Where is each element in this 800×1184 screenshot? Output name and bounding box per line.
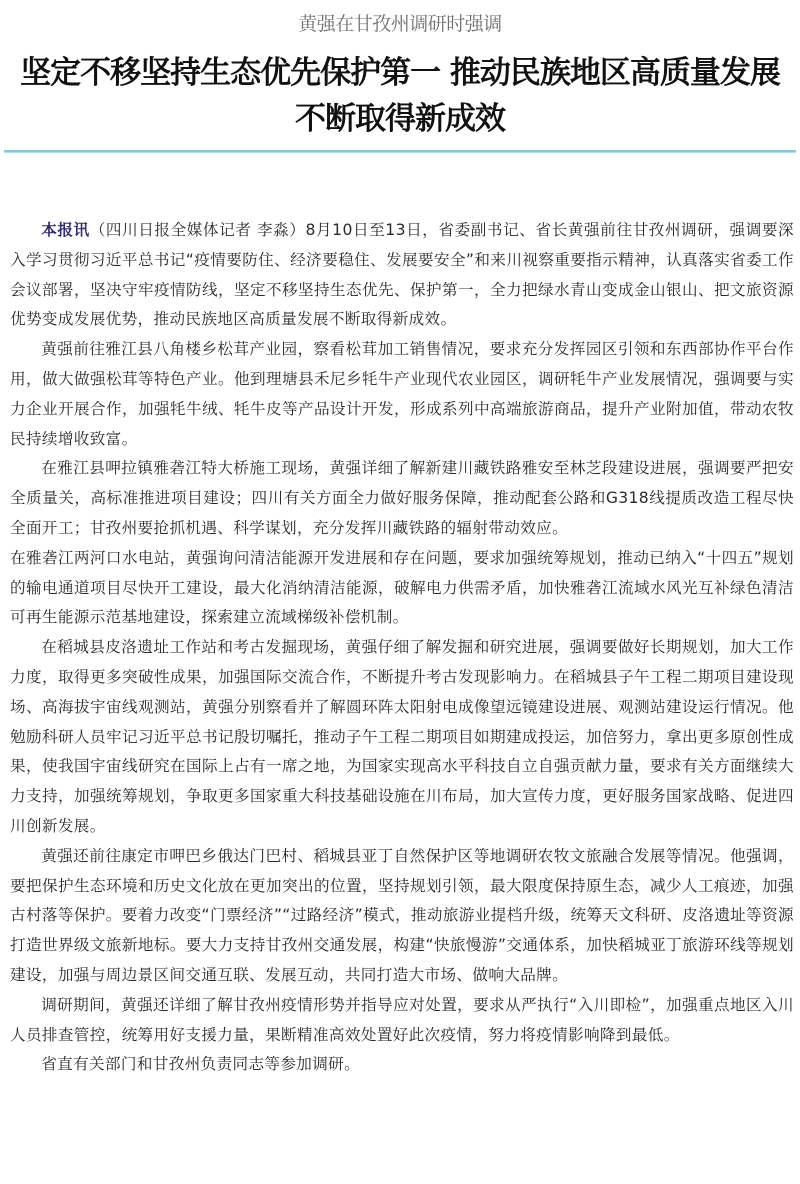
paragraph-8: 省直有关部门和甘孜州负责同志等参加调研。 — [10, 1050, 794, 1080]
paragraph-5: 在稻城县皮洛遗址工作站和考古发掘现场，黄强仔细了解发掘和研究进展，强调要做好长期… — [10, 633, 794, 842]
paragraph-3: 在雅江县呷拉镇雅砻江特大桥施工现场，黄强详细了解新建川藏铁路雅安至林芝段建设进展… — [10, 454, 794, 543]
paragraph-1: 本报讯（四川日报全媒体记者 李淼）8月10日至13日，省委副书记、省长黄强前往甘… — [10, 216, 794, 335]
paragraph-2: 黄强前往雅江县八角楼乡松茸产业园，察看松茸加工销售情况，要求充分发挥园区引领和东… — [10, 335, 794, 454]
paragraph-4: 在雅砻江两河口水电站，黄强询问清洁能源开发进展和存在问题，要求加强统筹规划，推动… — [10, 544, 794, 633]
headline-line-1: 坚定不移坚持生态优先保护第一 推动民族地区高质量发展 — [0, 50, 800, 96]
article-headline: 坚定不移坚持生态优先保护第一 推动民族地区高质量发展 不断取得新成效 — [0, 50, 800, 142]
paragraph-7: 调研期间，黄强还详细了解甘孜州疫情形势并指导应对处置，要求从严执行“入川即检”，… — [10, 991, 794, 1051]
header-divider — [4, 150, 796, 153]
paragraph-6: 黄强还前往康定市呷巴乡俄达门巴村、稻城县亚丁自然保护区等地调研农牧文旅融合发展等… — [10, 842, 794, 991]
article-subtitle: 黄强在甘孜州调研时强调 — [0, 10, 800, 38]
headline-line-2: 不断取得新成效 — [0, 96, 800, 142]
article-body: 本报讯（四川日报全媒体记者 李淼）8月10日至13日，省委副书记、省长黄强前往甘… — [10, 216, 794, 1080]
paragraph-1-text: （四川日报全媒体记者 李淼）8月10日至13日，省委副书记、省长黄强前往甘孜州调… — [10, 221, 794, 328]
dateline-lead: 本报讯 — [41, 221, 90, 239]
